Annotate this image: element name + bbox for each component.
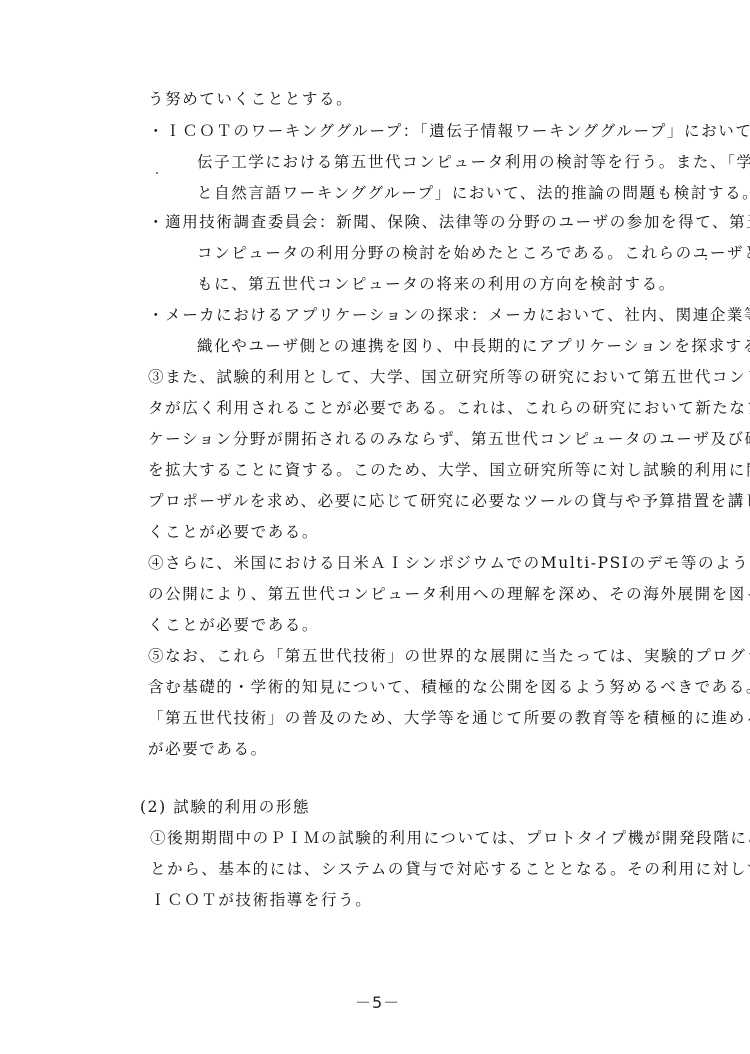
item-1-line-3: ＩＣＯＴが技術指導を行う。 [150,890,372,910]
item-1-line-2: とから、基本的には、システムの貸与で対応することとなる。その利用に対しては、 [150,859,750,879]
item-5-line-3: 「第五世代技術」の普及のため、大学等を通じて所要の教育等を積極的に進めること [148,708,750,728]
item-3-line-4: を拡大することに資する。このため、大学、国立研究所等に対し試験的利用に関する [148,460,750,480]
page-number: －5－ [355,990,400,1013]
scan-speck [705,258,707,260]
item-4-line-1: ④さらに、米国における日米ＡＩシンポジウムでのMulti-PSIのデモ等のような… [148,553,750,573]
section-heading-trial-use-forms: (2) 試験的利用の形態 [140,797,310,817]
paragraph-continuation: う努めていくこととする。 [148,89,353,109]
item-1-line-1: ①後期期間中のＰＩＭの試験的利用については、プロトタイプ機が開発段階にあるこ [150,828,750,848]
item-3-line-2: タが広く利用されることが必要である。これは、これらの研究において新たなアプリ [148,398,750,418]
bullet-application-committee-cont-1: コンピュータの利用分野の検討を始めたところである。これらのユーザとと [197,243,750,263]
item-5-line-4: が必要である。 [148,739,268,759]
item-3-line-3: ケーション分野が開拓されるのみならず、第五世代コンピュータのユーザ及び研究者 [148,429,750,449]
item-4-line-3: くことが必要である。 [148,615,319,635]
item-5-line-1: ⑤なお、これら「第五世代技術」の世界的な展開に当たっては、実験的プログラムを [148,646,750,666]
item-3-line-6: くことが必要である。 [148,522,319,542]
document-page: う努めていくこととする。 ・ＩＣＯＴのワーキンググループ：「遺伝子情報ワーキング… [0,0,750,1054]
item-3-line-1: ③また、試験的利用として、大学、国立研究所等の研究において第五世代コンピュー [148,367,750,387]
item-5-line-2: 含む基礎的・学術的知見について、積極的な公開を図るよう努めるべきである。また、 [148,677,750,697]
bullet-icot-working-group-cont-2: と自然言語ワーキンググループ」において、法的推論の問題も検討する。 [197,183,750,203]
item-4-line-2: の公開により、第五世代コンピュータ利用への理解を深め、その海外展開を図ってい [148,584,750,604]
bullet-icot-working-group-cont-1: 伝子工学における第五世代コンピュータ利用の検討等を行う。また、「学習 [197,152,750,172]
bullet-application-committee: ・適用技術調査委員会：新聞、保険、法律等の分野のユーザの参加を得て、第五世代 [148,212,750,232]
bullet-icot-working-group: ・ＩＣＯＴのワーキンググループ：「遺伝子情報ワーキンググループ」において、遺 [148,121,750,141]
bullet-maker-applications-cont: 織化やユーザ側との連携を図り、中長期的にアプリケーションを探求する。 [197,336,750,356]
bullet-maker-applications: ・メーカにおけるアプリケーションの探求：メーカにおいて、社内、関連企業等の組 [148,305,750,325]
item-3-line-5: プロポーザルを求め、必要に応じて研究に必要なツールの貸与や予算措置を講じてい [148,491,750,511]
scan-speck [156,172,158,174]
bullet-application-committee-cont-2: もに、第五世代コンピュータの将来の利用の方向を検討する。 [197,274,676,294]
